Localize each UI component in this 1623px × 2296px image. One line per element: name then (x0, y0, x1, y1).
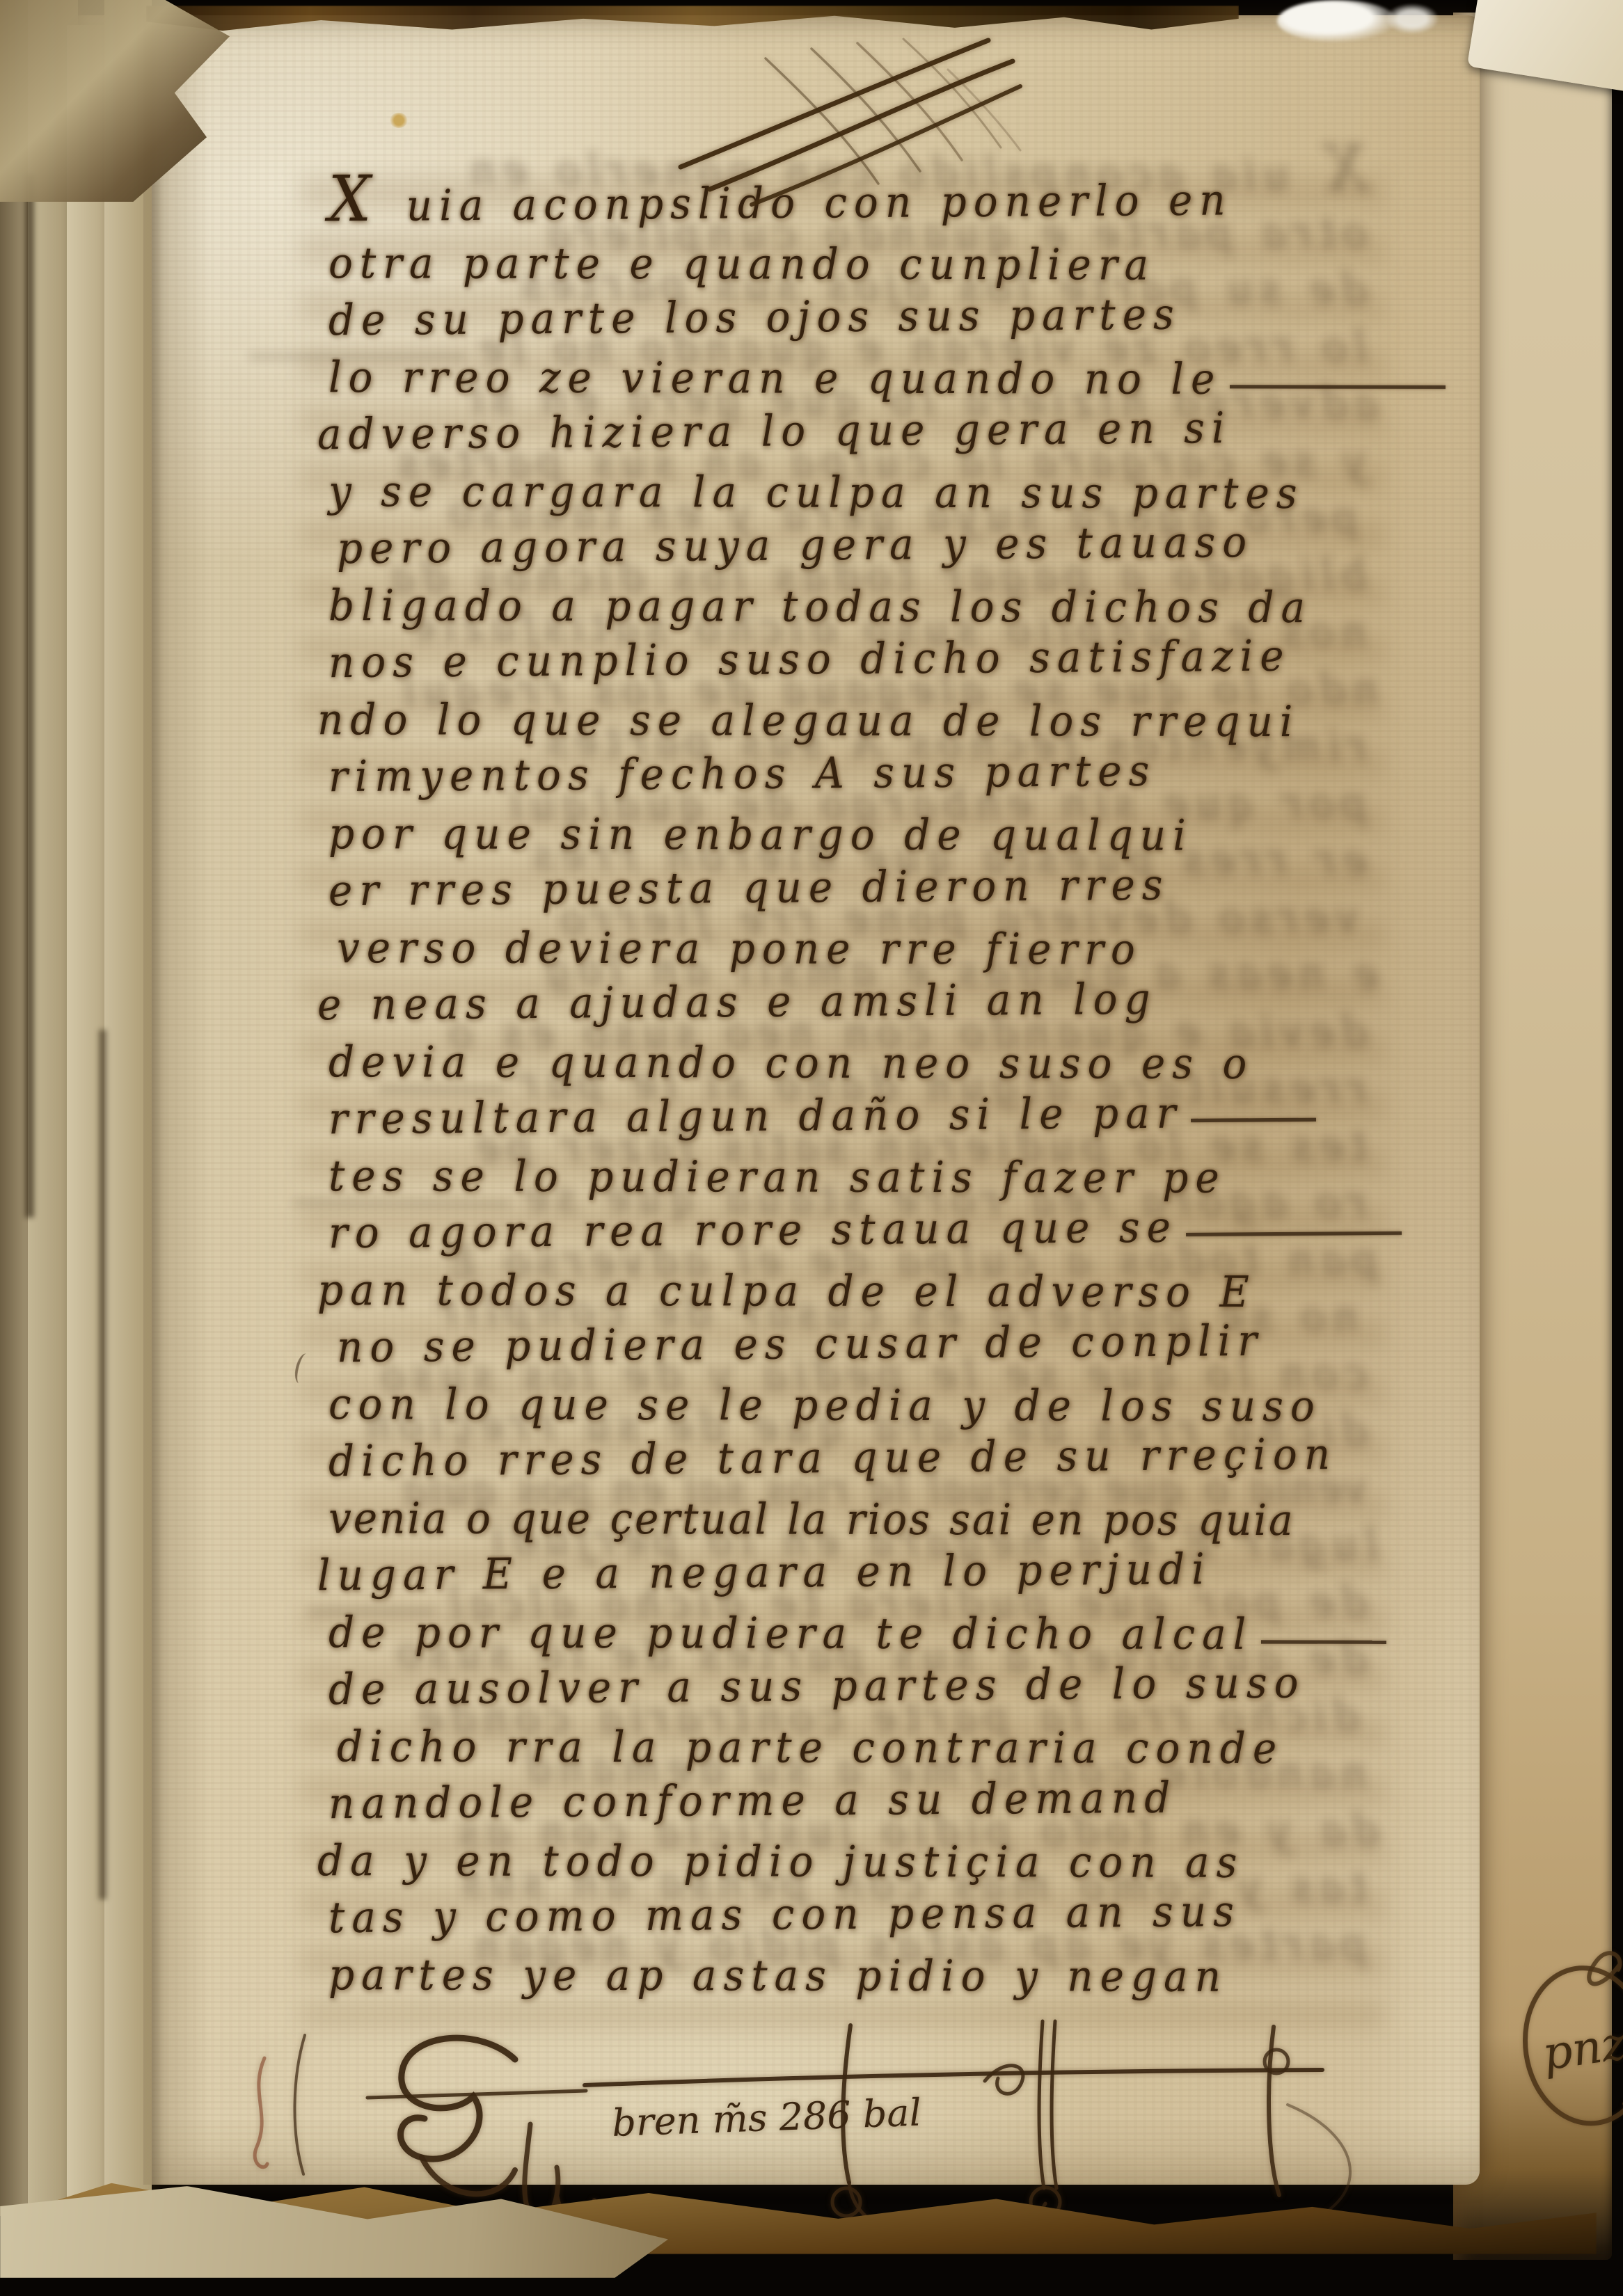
frayed-edge-fade (143, 14, 210, 2185)
binding-crevice-shadow (25, 174, 34, 1218)
manuscript-line: lugar E e a negara en lo perjudi (317, 1538, 1387, 1606)
paper-stain (390, 113, 408, 128)
manuscript-line: pero agora suya gera y es tauaso (337, 511, 1387, 578)
manuscript-line: nos e cunplio suso dicho satisfazie (328, 625, 1387, 693)
manuscript-line: no se pudiera es cusar de conplir (337, 1309, 1387, 1377)
manuscript-line: de su parte los ojos sus partes (328, 282, 1387, 351)
manuscript-line: rresultara algun daño si le par (328, 1081, 1387, 1149)
manuscript-line: tas y como mas con pensa an sus (328, 1880, 1387, 1948)
manuscript-line: partes ye ap astas pidio y negan (328, 1945, 1386, 2007)
binding-crevice-shadow (99, 1030, 106, 1899)
cotton-fiber-fragment (1386, 4, 1438, 33)
manuscript-line: de ausolver a sus partes de lo suso (328, 1652, 1387, 1720)
crosshatch-mark (661, 28, 1023, 209)
handwriting-layer: X uia aconpslido con ponerlo en otra par… (328, 171, 1386, 2003)
circled-mark-text: pnz (1539, 2016, 1623, 2081)
signature-annotation: bren m̃s 286 bal (611, 2091, 922, 2145)
manuscript-scan: pnz X uia aconpslido con ponerlo en otra… (0, 0, 1623, 2296)
circled-notary-mark: pnz (1512, 1934, 1623, 2157)
manuscript-line: nandole conforme a su demand (328, 1766, 1387, 1834)
manuscript-line: dicho rres de tara que de su rreçion (328, 1424, 1387, 1492)
margin-stroke (294, 2035, 305, 2174)
manuscript-line: er rres puesta que dieron rres (328, 853, 1387, 921)
manuscript-line: rimyentos fechos A sus partes (328, 739, 1387, 807)
manuscript-line: adverso hiziera lo que gera en si (317, 397, 1387, 465)
manuscript-line: ro agora rea rore staua que se (328, 1195, 1387, 1263)
cotton-fiber-fragment (1277, 0, 1397, 42)
manuscript-line: e neas a ajudas e amsli an log (317, 967, 1387, 1035)
